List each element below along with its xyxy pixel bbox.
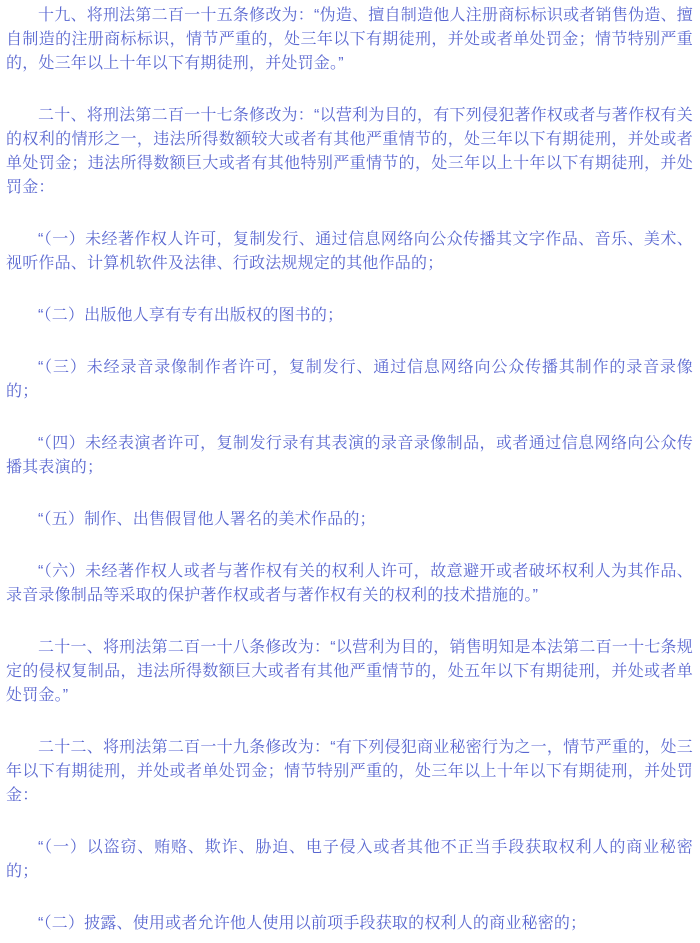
paragraph-article-217-amendment: 二十、将刑法第二百一十七条修改为：“以营利为目的，有下列侵犯著作权或者与著作权有…	[6, 104, 693, 200]
paragraph-article-217-clause-6: “（六）未经著作权人或者与著作权有关的权利人许可，故意避开或者破坏权利人为其作品…	[6, 560, 693, 608]
paragraph-article-217-clause-1: “（一）未经著作权人许可，复制发行、通过信息网络向公众传播其文字作品、音乐、美术…	[6, 228, 693, 276]
paragraph-article-219-clause-2: “（二）披露、使用或者允许他人使用以前项手段获取的权利人的商业秘密的；	[6, 912, 693, 936]
paragraph-article-19-amendment: 十九、将刑法第二百一十五条修改为：“伪造、擅自制造他人注册商标标识或者销售伪造、…	[6, 4, 693, 76]
paragraph-article-217-clause-2: “（二）出版他人享有专有出版权的图书的；	[6, 304, 693, 328]
page: { "page": { "background_color": "#ffffff…	[0, 0, 700, 943]
paragraph-article-217-clause-5: “（五）制作、出售假冒他人署名的美术作品的；	[6, 508, 693, 532]
paragraph-article-217-clause-3: “（三）未经录音录像制作者许可，复制发行、通过信息网络向公众传播其制作的录音录像…	[6, 356, 693, 404]
legal-document-body: 十九、将刑法第二百一十五条修改为：“伪造、擅自制造他人注册商标标识或者销售伪造、…	[6, 4, 693, 936]
paragraph-article-219-amendment: 二十二、将刑法第二百一十九条修改为：“有下列侵犯商业秘密行为之一，情节严重的，处…	[6, 736, 693, 808]
paragraph-article-217-clause-4: “（四）未经表演者许可，复制发行录有其表演的录音录像制品，或者通过信息网络向公众…	[6, 432, 693, 480]
paragraph-article-219-clause-1: “（一）以盗窃、贿赂、欺诈、胁迫、电子侵入或者其他不正当手段获取权利人的商业秘密…	[6, 836, 693, 884]
paragraph-article-218-amendment: 二十一、将刑法第二百一十八条修改为：“以营利为目的，销售明知是本法第二百一十七条…	[6, 636, 693, 708]
